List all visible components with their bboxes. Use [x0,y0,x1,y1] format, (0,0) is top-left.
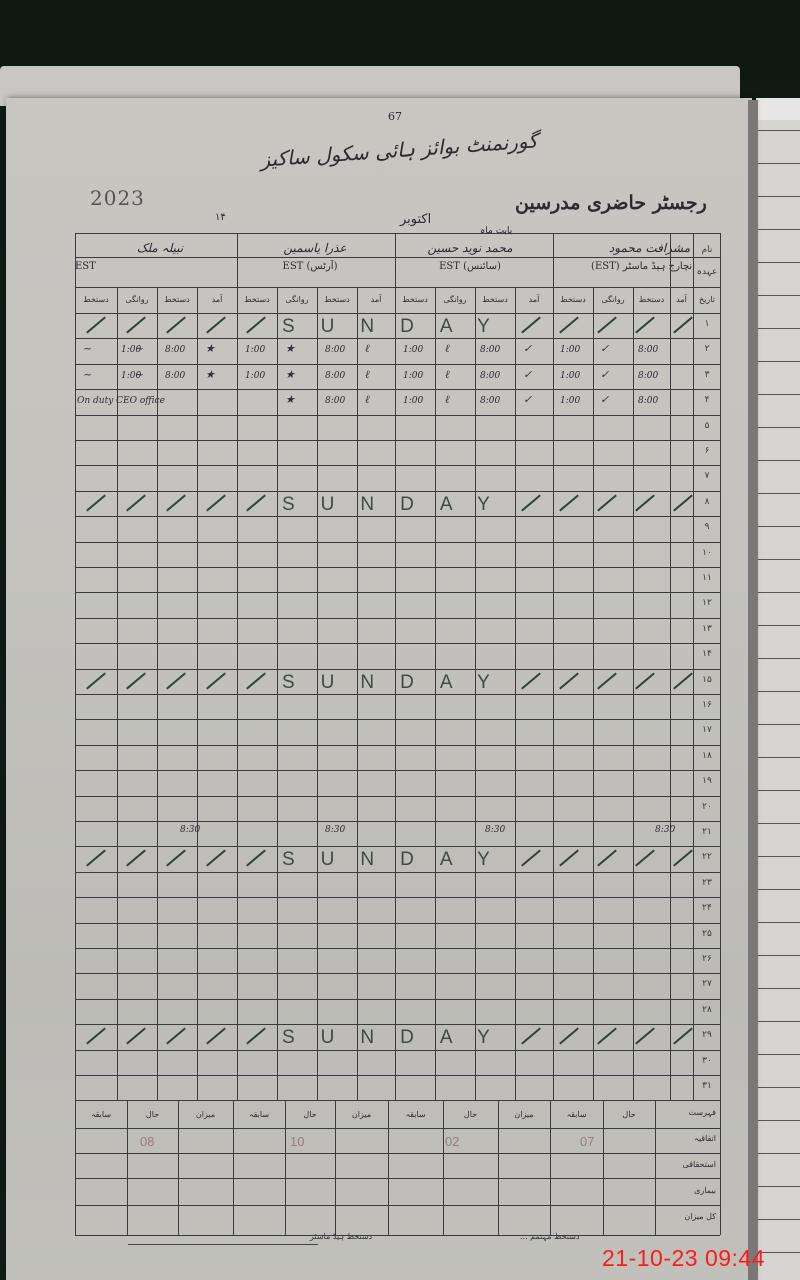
departure-time: 1:00 [403,345,423,355]
summary-header: حال [285,1104,335,1126]
summary-row-label: فہرست [689,1108,716,1117]
day-number: ۳ [695,370,719,380]
footer-headmaster-signature: دستخط ہیڈ ماسٹر [310,1232,372,1241]
signature: ★ [285,393,295,406]
name-col-label: نام [695,245,719,255]
sunday-label: SUNDAY [282,316,516,338]
on-duty-note: On duty CEO office [77,396,165,406]
day-number: ۱۱ [695,573,719,583]
day-number: ۷ [695,471,719,481]
arrival-time: 8:00 [325,345,345,355]
late-arrival-time: 8:30 [485,825,505,835]
book-spine [748,100,758,1280]
departure-time: 1:00 [560,345,580,355]
departure-time: 1:00 [121,345,141,355]
grid-hline [75,923,720,924]
grid-vline [720,233,721,1100]
sunday-strike-right [510,313,695,333]
grid-hline [75,973,720,974]
summary-value: 10 [290,1134,304,1149]
signature: ✓ [523,342,532,355]
summary-hline [75,1128,720,1129]
day-number: ۳۰ [695,1056,719,1066]
footer-inspector-signature: دستخط مہتمم ... [520,1232,580,1241]
summary-header: میزان [335,1104,388,1126]
grid-hline [75,338,720,339]
summary-header: میزان [178,1104,233,1126]
summary-row-label: استحقاقی [683,1160,716,1169]
day-number: ۶ [695,446,719,456]
arrival-time: 8:00 [638,396,658,406]
summary-hline [75,1178,720,1179]
grid-hline [75,948,720,949]
grid-hline [75,542,720,543]
page-mark: ۱۴ [215,212,226,223]
day-number: ۲۸ [695,1005,719,1015]
column-header: دستخط [395,287,435,313]
arrival-time: 8:00 [325,396,345,406]
signature: ~ [83,342,92,355]
facing-page-corner [756,98,800,120]
day-number: ۱۷ [695,725,719,735]
arrival-time: 8:00 [638,345,658,355]
arrival-time: 8:00 [325,371,345,381]
summary-hline [75,1153,720,1154]
teacher-designation-2: EST (سائنس) [405,261,535,272]
teacher-name-3: عذرا یاسمین [240,241,390,255]
signature: ℓ [445,342,450,355]
grid-hline [75,643,720,644]
signature: ✓ [523,368,532,381]
page-number-mark: 67 [388,110,402,123]
column-header: دستخط [475,287,515,313]
late-arrival-time: 8:30 [180,825,200,835]
day-number: ۲۰ [695,802,719,812]
grid-hline [75,567,720,568]
designation-col-label: عہدہ [695,267,719,277]
teacher-designation-4: EST [75,261,135,272]
sunday-strike-left [75,846,275,866]
departure-time: 1:00 [245,345,265,355]
attendance-grid: مشرافت محمود انچارج ہیڈ ماسٹر (EST) محمد… [75,233,720,1100]
teacher-name-1: مشرافت محمود [550,241,690,255]
sunday-strike-left [75,491,275,511]
arrival-time: 8:00 [480,396,500,406]
grid-hline [75,465,720,466]
column-header: روانگی [435,287,475,313]
summary-table: حالسابقہمیزانحالسابقہمیزانحالسابقہمیزانح… [75,1100,720,1235]
grid-hline [75,389,720,390]
day-number: ۸ [695,497,719,507]
departure-time: 1:00 [560,396,580,406]
signature: ✓ [523,393,532,406]
summary-header: سابقہ [550,1104,603,1126]
summary-value: 02 [445,1134,459,1149]
grid-hline [75,999,720,1000]
day-number: ۱ [695,319,719,329]
day-number: ۱۶ [695,700,719,710]
column-header: دستخط [237,287,277,313]
teacher-name-2: محمد نوید حسین [395,241,545,255]
grid-hline [75,694,720,695]
sunday-strike-right [510,669,695,689]
sunday-strike-left [75,313,275,333]
day-number: ۲۱ [695,827,719,837]
grid-hline [75,745,720,746]
day-number: ۹ [695,522,719,532]
departure-time: 1:00 [121,371,141,381]
teacher-designation-3: EST (آرٹس) [240,261,380,272]
signature: ✓ [600,342,609,355]
grid-hline [75,618,720,619]
date-col-header: تاریخ [695,287,719,313]
grid-hline [75,796,720,797]
summary-row-label: اتفاقیہ [694,1134,716,1143]
grid-hline [75,897,720,898]
signature: ★ [285,368,295,381]
facing-page [756,98,800,1280]
day-number: ۲۹ [695,1030,719,1040]
arrival-time: 8:00 [638,371,658,381]
day-number: ۳۱ [695,1081,719,1091]
departure-time: 1:00 [403,396,423,406]
arrival-time: 8:00 [480,345,500,355]
summary-header: میزان [498,1104,550,1126]
sunday-strike-left [75,669,275,689]
late-arrival-time: 8:30 [655,825,675,835]
signature: ~ [83,368,92,381]
column-header: آمد [197,287,237,313]
teacher-designation-1: انچارج ہیڈ ماسٹر (EST) [545,261,695,272]
grid-hline [75,257,720,258]
summary-vline [720,1100,721,1235]
day-number: ۲۷ [695,979,719,989]
departure-time: 1:00 [560,371,580,381]
register-title: رجسٹر حاضری مدرسین [515,192,707,214]
summary-hline [75,1235,720,1236]
column-header: روانگی [277,287,317,313]
signature: ✓ [600,393,609,406]
signature: ✓ [600,368,609,381]
grid-hline [75,516,720,517]
summary-header: سابقہ [233,1104,285,1126]
departure-time: 1:00 [245,371,265,381]
day-number: ۲۶ [695,954,719,964]
signature: ℓ [445,368,450,381]
summary-header: سابقہ [75,1104,127,1126]
signature: ★ [285,342,295,355]
column-header: دستخط [157,287,197,313]
late-arrival-time: 8:30 [325,825,345,835]
day-number: ۵ [695,421,719,431]
column-header: آمد [515,287,553,313]
grid-hline [75,233,720,234]
register-year: 2023 [90,186,145,210]
day-number: ۱۰ [695,548,719,558]
grid-hline [75,1050,720,1051]
summary-row-label: بیماری [694,1186,716,1195]
grid-hline [75,821,720,822]
column-header: دستخط [75,287,117,313]
column-header: روانگی [593,287,633,313]
summary-header: حال [127,1104,178,1126]
grid-hline [75,440,720,441]
day-number: ۱۴ [695,649,719,659]
day-number: ۲ [695,344,719,354]
day-number: ۱۸ [695,751,719,761]
column-header: آمد [357,287,395,313]
grid-hline [75,719,720,720]
summary-value: 08 [140,1134,154,1149]
day-number: ۴ [695,395,719,405]
day-number: ۱۹ [695,776,719,786]
sunday-strike-right [510,846,695,866]
day-number: ۱۲ [695,598,719,608]
summary-header: حال [603,1104,655,1126]
sunday-label: SUNDAY [282,672,516,694]
summary-hline [75,1205,720,1206]
grid-hline [75,364,720,365]
grid-hline [75,415,720,416]
summary-hline [75,1100,720,1101]
summary-row-label: کل میزان [684,1212,716,1221]
column-header: آمد [670,287,693,313]
day-number: ۲۴ [695,903,719,913]
day-number: ۱۵ [695,675,719,685]
summary-value: 07 [580,1134,594,1149]
day-number: ۲۵ [695,929,719,939]
register-month: اکتوبر [400,212,431,227]
camera-timestamp: 21-10-23 09:44 [602,1245,765,1272]
signature: ℓ [365,368,370,381]
column-header: دستخط [553,287,593,313]
signature: ℓ [365,393,370,406]
departure-time: 1:00 [403,371,423,381]
arrival-time: 8:00 [165,371,185,381]
grid-hline [75,592,720,593]
grid-hline [75,1075,720,1076]
signature: ℓ [365,342,370,355]
teacher-name-4: نبیلہ ملک [85,241,235,255]
day-number: ۲۲ [695,852,719,862]
sunday-label: SUNDAY [282,1027,516,1049]
signature: ★ [205,342,215,355]
grid-hline [75,872,720,873]
sunday-label: SUNDAY [282,494,516,516]
summary-header: حال [443,1104,498,1126]
sunday-strike-right [510,491,695,511]
sunday-strike-left [75,1024,275,1044]
signature: ℓ [445,393,450,406]
arrival-time: 8:00 [165,345,185,355]
summary-vline [655,1100,656,1235]
signature: ★ [205,368,215,381]
column-header: دستخط [633,287,670,313]
column-header: دستخط [317,287,357,313]
sunday-label: SUNDAY [282,849,516,871]
sunday-strike-right [510,1024,695,1044]
day-number: ۱۳ [695,624,719,634]
arrival-time: 8:00 [480,371,500,381]
column-header: روانگی [117,287,157,313]
day-number: ۲۳ [695,878,719,888]
grid-hline [75,770,720,771]
summary-header: سابقہ [388,1104,443,1126]
signature-line [128,1244,318,1245]
